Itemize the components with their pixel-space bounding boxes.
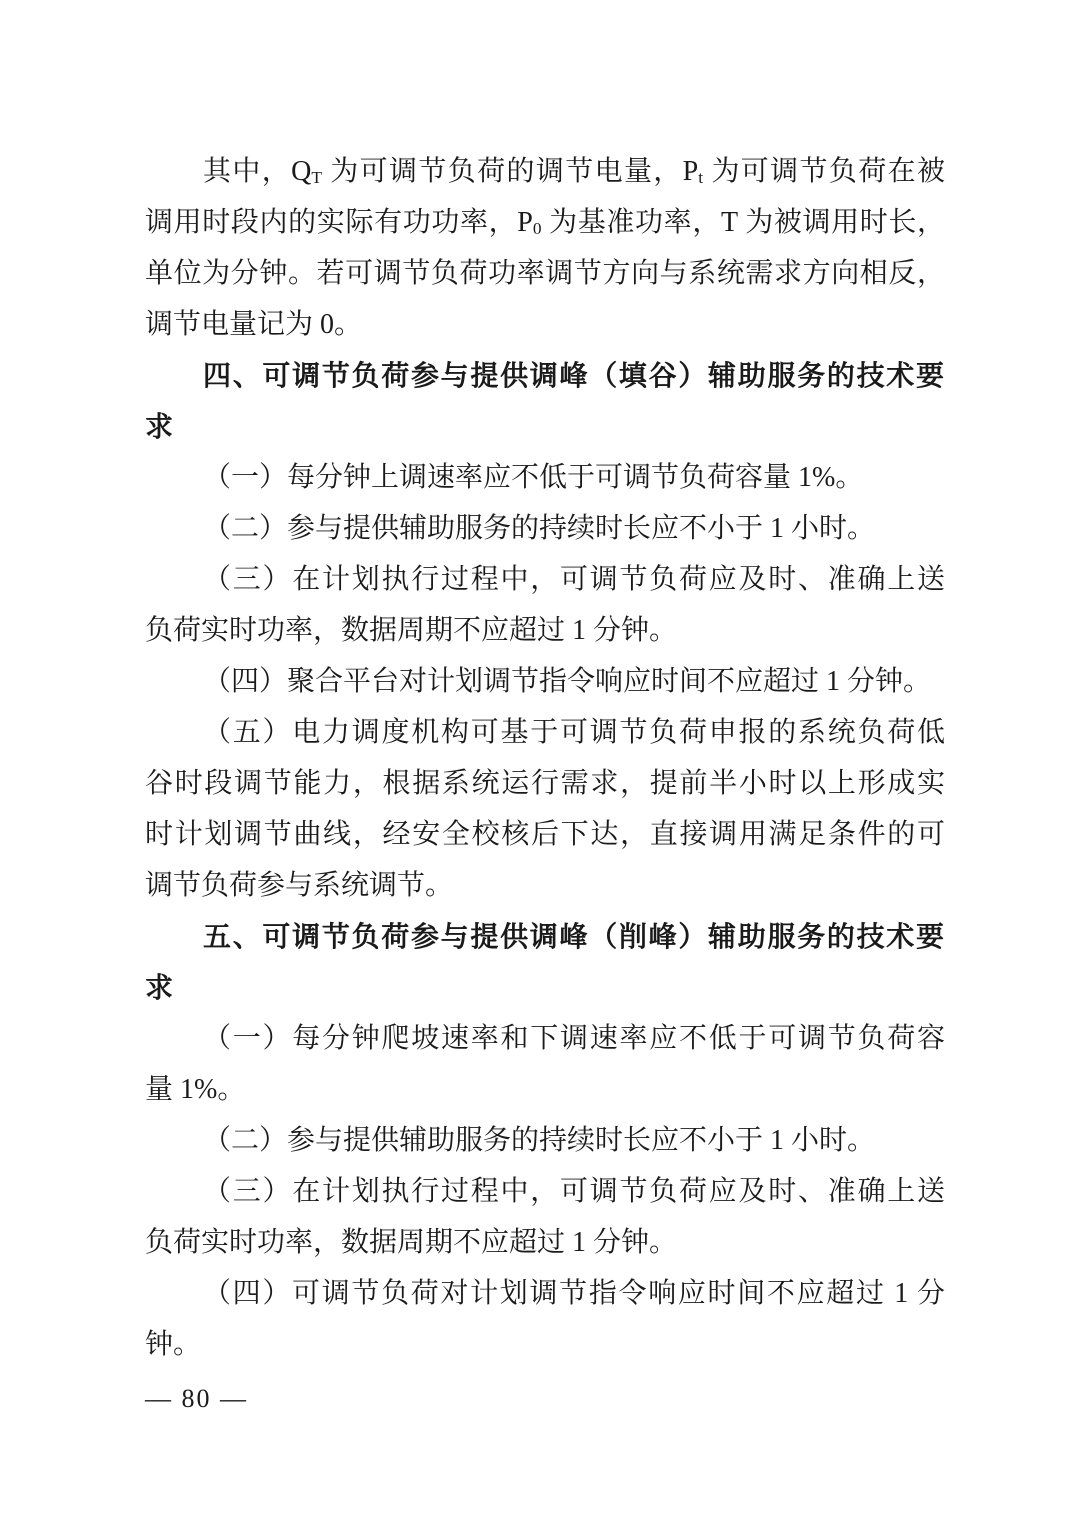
section-5-item-4-line-1: （四）可调节负荷对计划调节指令响应时间不应超过 1 分 bbox=[145, 1268, 945, 1319]
section-4-item-5-line-4: 调节负荷参与系统调节。 bbox=[145, 860, 945, 911]
intro-paragraph-line-2: 调用时段内的实际有功功率，P0 为基准功率，T 为被调用时长， bbox=[145, 197, 945, 248]
subscript-T: T bbox=[311, 168, 322, 187]
section-4-item-5-line-1: （五）电力调度机构可基于可调节负荷申报的系统负荷低 bbox=[145, 707, 945, 758]
section-5-item-3-line-2: 负荷实时功率，数据周期不应超过 1 分钟。 bbox=[145, 1217, 945, 1268]
intro-paragraph-line-4: 调节电量记为 0。 bbox=[145, 299, 945, 350]
section-4-item-5-line-2: 谷时段调节能力，根据系统运行需求，提前半小时以上形成实 bbox=[145, 758, 945, 809]
intro-text-segment: 调用时段内的实际有功功率，P bbox=[145, 207, 533, 238]
page-number: — 80 — bbox=[145, 1382, 945, 1416]
intro-paragraph-line-3: 单位为分钟。若可调节负荷功率调节方向与系统需求方向相反， bbox=[145, 248, 945, 299]
section-4-item-3-line-1: （三）在计划执行过程中，可调节负荷应及时、准确上送 bbox=[145, 554, 945, 605]
section-4-heading-line-1: 四、可调节负荷参与提供调峰（填谷）辅助服务的技术要 bbox=[145, 350, 945, 401]
intro-text-segment: 为基准功率，T 为被调用时长， bbox=[542, 207, 945, 238]
section-5-item-2: （二）参与提供辅助服务的持续时长应不小于 1 小时。 bbox=[145, 1115, 945, 1166]
section-5-heading-line-1: 五、可调节负荷参与提供调峰（削峰）辅助服务的技术要 bbox=[145, 911, 945, 962]
subscript-0: 0 bbox=[533, 219, 542, 238]
section-5-item-1-line-1: （一）每分钟爬坡速率和下调速率应不低于可调节负荷容 bbox=[145, 1013, 945, 1064]
section-4-item-5-line-3: 时计划调节曲线，经安全校核后下达，直接调用满足条件的可 bbox=[145, 809, 945, 860]
intro-text-segment: 为可调节负荷的调节电量，P bbox=[322, 156, 698, 187]
section-4-item-4: （四）聚合平台对计划调节指令响应时间不应超过 1 分钟。 bbox=[145, 656, 945, 707]
section-4-item-1: （一）每分钟上调速率应不低于可调节负荷容量 1%。 bbox=[145, 452, 945, 503]
section-4-item-3-line-2: 负荷实时功率，数据周期不应超过 1 分钟。 bbox=[145, 605, 945, 656]
intro-text-segment: 其中，Q bbox=[203, 156, 311, 187]
section-5-item-3-line-1: （三）在计划执行过程中，可调节负荷应及时、准确上送 bbox=[145, 1166, 945, 1217]
intro-text-segment: 为可调节负荷在被 bbox=[703, 156, 945, 187]
document-page: 其中，QT 为可调节负荷的调节电量，Pt 为可调节负荷在被 调用时段内的实际有功… bbox=[0, 0, 1080, 1527]
section-5-item-4-line-2: 钟。 bbox=[145, 1319, 945, 1370]
section-4-heading-line-2: 求 bbox=[145, 401, 945, 452]
intro-paragraph-line-1: 其中，QT 为可调节负荷的调节电量，Pt 为可调节负荷在被 bbox=[145, 146, 945, 197]
document-text-block: 其中，QT 为可调节负荷的调节电量，Pt 为可调节负荷在被 调用时段内的实际有功… bbox=[145, 146, 945, 1370]
section-5-item-1-line-2: 量 1%。 bbox=[145, 1064, 945, 1115]
section-4-item-2: （二）参与提供辅助服务的持续时长应不小于 1 小时。 bbox=[145, 503, 945, 554]
section-5-heading-line-2: 求 bbox=[145, 962, 945, 1013]
